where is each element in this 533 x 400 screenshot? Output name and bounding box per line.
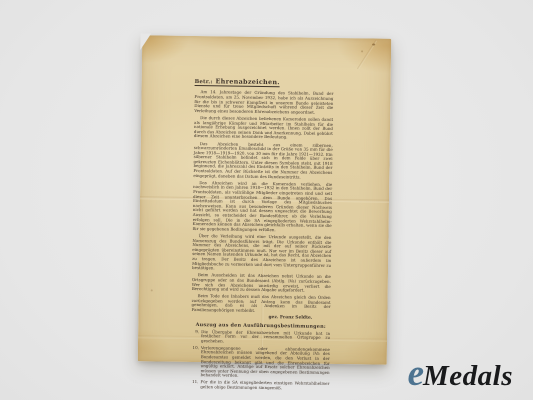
document-title-row: Betr.:Ehrenabzeichen. [195, 79, 280, 88]
regulation-text: Verlorengegangene oder abhandengekommene… [201, 346, 330, 380]
emedals-logo-text: Medals [423, 362, 513, 391]
regulation-text: Die Übergabe der Ehrenabzeichen mit Urku… [201, 330, 330, 346]
subject-label: Betr.: [195, 79, 213, 85]
paragraph: Am 14. Jahrestage der Gründung des Stahl… [194, 90, 333, 115]
signature-line: gez. Franz Seldte. [191, 315, 312, 321]
regulation-item: 11. Für die in die SA eingegliederten ei… [190, 380, 329, 391]
emedals-logo: eMedals [408, 355, 513, 392]
regulation-number: 9. [191, 330, 201, 344]
photo-background: Betr.:Ehrenabzeichen. Am 14. Jahrestage … [0, 0, 533, 400]
regulation-item: 9. Die Übergabe der Ehrenabzeichen mit U… [191, 330, 330, 346]
paper-stain [372, 43, 375, 45]
torn-corner [140, 33, 151, 50]
paragraph: Die durch dieses Abzeichen beliehenen Ka… [194, 116, 333, 141]
paragraph: Das Abzeichen wird an die Kameraden verl… [193, 181, 333, 233]
document-paper: Betr.:Ehrenabzeichen. Am 14. Jahrestage … [138, 35, 392, 364]
document-text: Betr.:Ehrenabzeichen. Am 14. Jahrestage … [190, 79, 333, 393]
regulation-item: 10. Verlorengegangene oder abhandengekom… [191, 346, 330, 380]
paper-stain [151, 290, 153, 292]
paragraph: Beim Tode des Inhabers muß das Abzeichen… [191, 294, 330, 314]
emedals-logo-e: e [408, 355, 423, 392]
paragraph: Über die Verleihung wird eine Urkunde au… [192, 234, 331, 273]
paragraph: Beim Ausscheiden ist das Abzeichen nebst… [192, 273, 331, 293]
regulation-text: Für die in die SA eingegliederten einsti… [200, 380, 329, 391]
page-title: Ehrenabzeichen. [215, 77, 279, 86]
regulation-number: 11. [190, 380, 200, 389]
paragraph: Das Abzeichen besteht aus einem silberne… [193, 142, 332, 181]
regulation-number: 10. [191, 346, 201, 378]
paper-stain [361, 50, 363, 52]
